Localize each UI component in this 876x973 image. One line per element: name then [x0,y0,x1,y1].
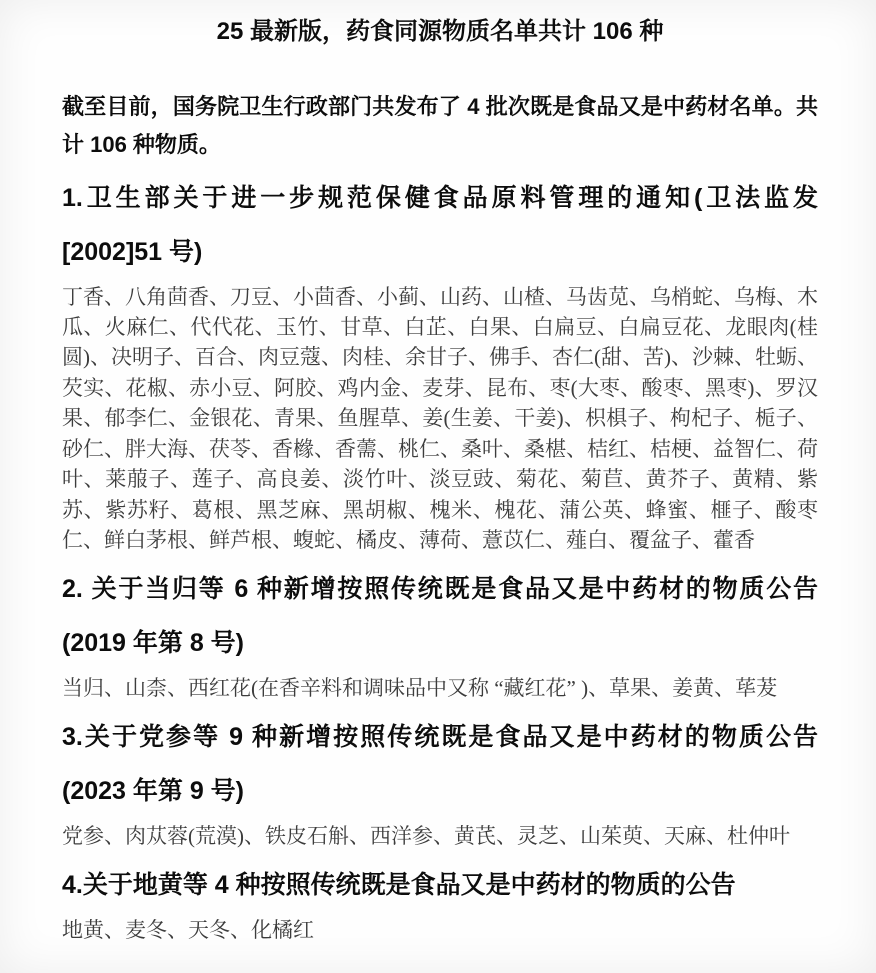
section-2-heading: 2. 关于当归等 6 种新增按照传统既是食品又是中药材的物质公告 (2019 年… [62,563,818,671]
section-3-heading: 3.关于党参等 9 种新增按照传统既是食品又是中药材的物质公告 (2023 年第… [62,711,818,819]
section-1-heading: 1.卫生部关于进一步规范保健食品原料管理的通知(卫法监发 [2002]51 号) [62,172,818,280]
section-batch-3: 3.关于党参等 9 种新增按照传统既是食品又是中药材的物质公告 (2023 年第… [62,711,818,851]
section-2-substance-list: 当归、山柰、西红花(在香辛料和调味品中又称 “藏红花” )、草果、姜黄、荜茇 [62,673,818,703]
section-4-substance-list: 地黄、麦冬、天冬、化橘红 [62,915,818,945]
section-1-substance-list: 丁香、八角茴香、刀豆、小茴香、小蓟、山药、山楂、马齿苋、乌梢蛇、乌梅、木瓜、火麻… [62,282,818,556]
section-4-heading: 4.关于地黄等 4 种按照传统既是食品又是中药材的物质的公告 [62,859,818,913]
document-title: 25 最新版，药食同源物质名单共计 106 种 [62,16,818,48]
section-batch-2: 2. 关于当归等 6 种新增按照传统既是食品又是中药材的物质公告 (2019 年… [62,563,818,703]
section-batch-1: 1.卫生部关于进一步规范保健食品原料管理的通知(卫法监发 [2002]51 号)… [62,172,818,555]
section-3-substance-list: 党参、肉苁蓉(荒漠)、铁皮石斛、西洋参、黄芪、灵芝、山茱萸、天麻、杜仲叶 [62,821,818,851]
intro-paragraph: 截至目前，国务院卫生行政部门共发布了 4 批次既是食品又是中药材名单。共计 10… [62,88,818,164]
section-batch-4: 4.关于地黄等 4 种按照传统既是食品又是中药材的物质的公告 地黄、麦冬、天冬、… [62,859,818,945]
document-page: 25 最新版，药食同源物质名单共计 106 种 截至目前，国务院卫生行政部门共发… [0,0,876,973]
